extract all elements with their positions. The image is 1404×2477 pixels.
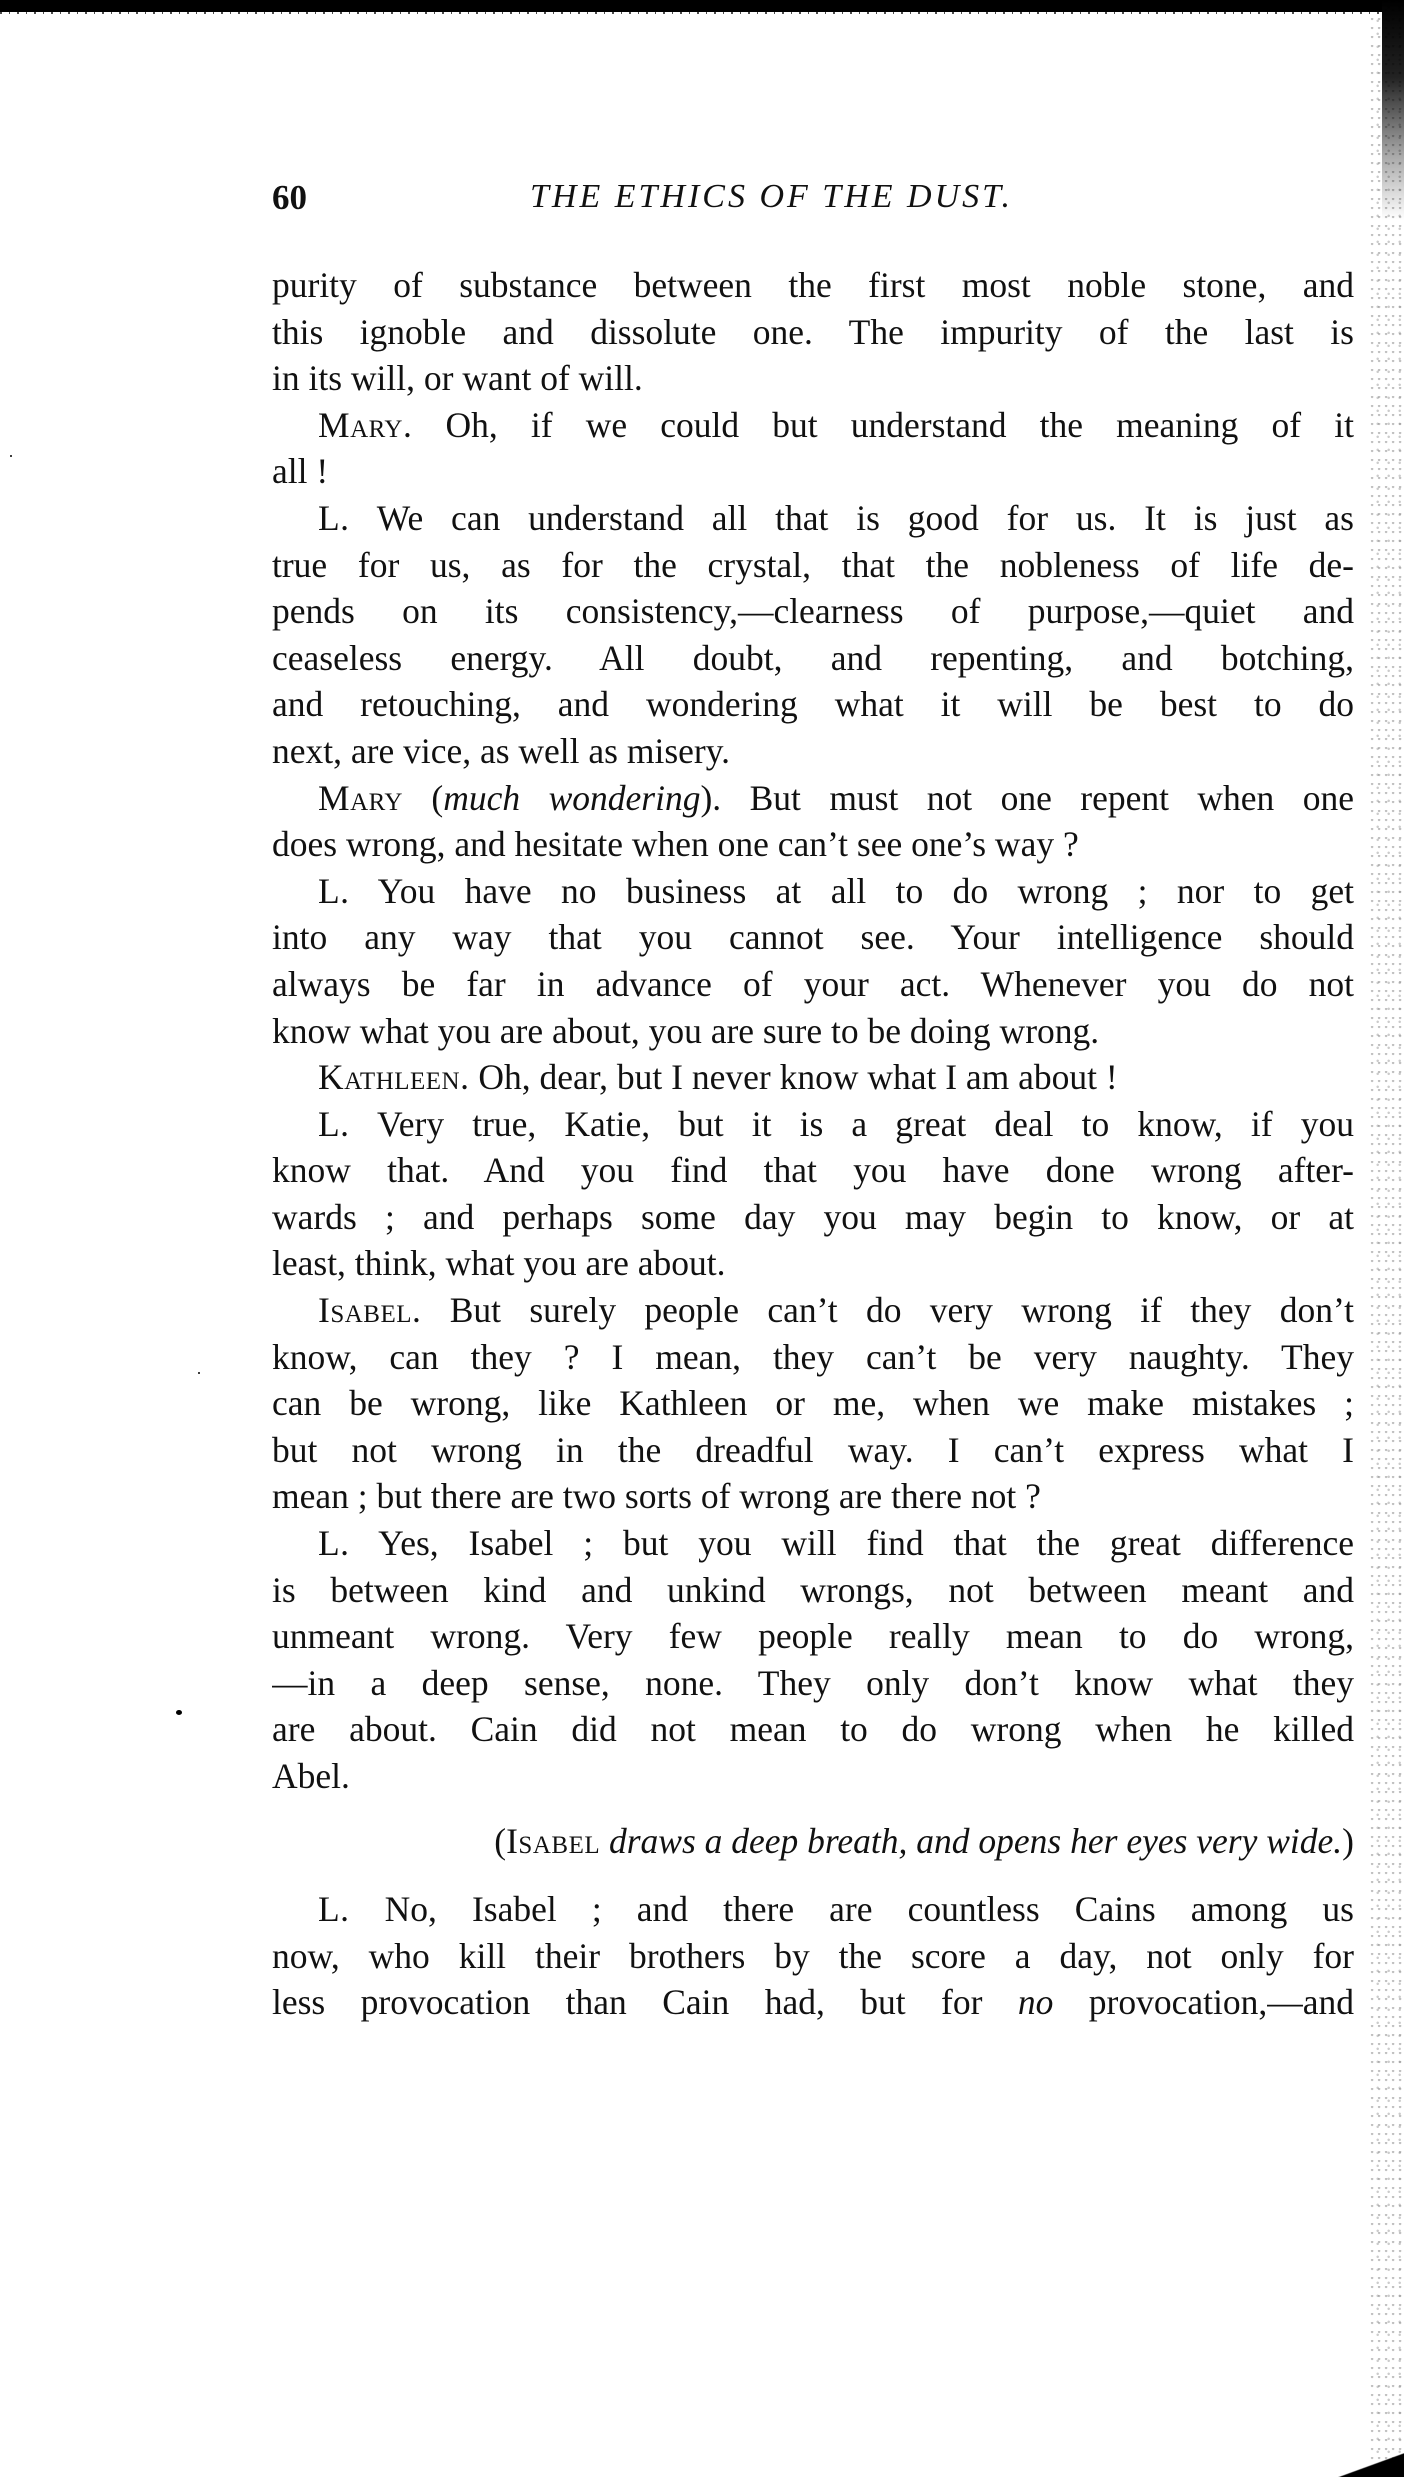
scan-speck [198,1372,200,1374]
text-line: all ! [272,448,1354,495]
text-line: know, can they ? I mean, they can’t be v… [272,1334,1354,1381]
speaker-name: Kathleen. [318,1057,470,1097]
text-line: now, who kill their brothers by the scor… [272,1933,1354,1980]
text-line: —in a deep sense, none. They only don’t … [272,1660,1354,1707]
text-line: less provocation than Cain had, but for … [272,1979,1354,2026]
stage-aside: much wondering [443,778,700,818]
text-line: can be wrong, like Kathleen or me, when … [272,1380,1354,1427]
text-line: in its will, or want of will. [272,355,1354,402]
text-line: L. Very true, Katie, but it is a great d… [272,1101,1354,1148]
text-line: L. Yes, Isabel ; but you will find that … [272,1520,1354,1567]
text-line: mean ; but there are two sorts of wrong … [272,1473,1354,1520]
text-line: pends on its consistency,—clearness of p… [272,588,1354,635]
text-line: but not wrong in the dreadful way. I can… [272,1427,1354,1474]
text-line: Mary. Oh, if we could but understand the… [272,402,1354,449]
speaker-name: Isabel [506,1821,600,1861]
speaker-name: L. [318,1523,350,1563]
text-line: does wrong, and hesitate when one can’t … [272,821,1354,868]
text-line: is between kind and unkind wrongs, not b… [272,1567,1354,1614]
text-line: Kathleen. Oh, dear, but I never know wha… [272,1054,1354,1101]
speaker-name: Isabel. [318,1290,421,1330]
text-line: into any way that you cannot see. Your i… [272,914,1354,961]
scan-right-edge-noise [1370,0,1404,2477]
scan-speck [176,1710,182,1715]
text-line: next, are vice, as well as misery. [272,728,1354,775]
text-line: L. We can understand all that is good fo… [272,495,1354,542]
text-line: always be far in advance of your act. Wh… [272,961,1354,1008]
running-head: 60 THE ETHICS OF THE DUST. [272,178,1354,222]
text-line: Isabel. But surely people can’t do very … [272,1287,1354,1334]
text-line: Mary (much wondering). But must not one … [272,775,1354,822]
speaker-name: Mary. [318,405,412,445]
scan-top-border-fray [0,12,1404,14]
body-text: purity of substance between the first mo… [272,262,1354,2026]
text-line: least, think, what you are about. [272,1240,1354,1287]
text-line: L. No, Isabel ; and there are countless … [272,1886,1354,1933]
speaker-name: L. [318,871,350,911]
speaker-name: L. [318,1889,350,1929]
speaker-name: L. [318,1104,350,1144]
stage-direction-text: draws a deep breath, and opens her eyes … [600,1821,1342,1861]
speaker-name: Mary [318,778,403,818]
scan-top-border [0,0,1404,12]
text-line: know that. And you find that you have do… [272,1147,1354,1194]
scan-speck [10,455,12,457]
speaker-name: L. [318,498,350,538]
scan-bottom-corner [1314,2449,1404,2477]
running-title: THE ETHICS OF THE DUST. [530,178,1013,216]
page-number: 60 [272,178,307,218]
stage-direction: (Isabel draws a deep breath, and opens h… [272,1818,1354,1865]
text-line: unmeant wrong. Very few people really me… [272,1613,1354,1660]
text-line: ceaseless energy. All doubt, and repenti… [272,635,1354,682]
text-line: true for us, as for the crystal, that th… [272,542,1354,589]
text-line: L. You have no business at all to do wro… [272,868,1354,915]
text-line: Abel. [272,1753,1354,1800]
text-line: and retouching, and wondering what it wi… [272,681,1354,728]
text-line: purity of substance between the first mo… [272,262,1354,309]
emphasis: no [1018,1982,1054,2022]
text-line: wards ; and perhaps some day you may beg… [272,1194,1354,1241]
text-line: this ignoble and dissolute one. The impu… [272,309,1354,356]
text-line: know what you are about, you are sure to… [272,1008,1354,1055]
text-line: are about. Cain did not mean to do wrong… [272,1706,1354,1753]
